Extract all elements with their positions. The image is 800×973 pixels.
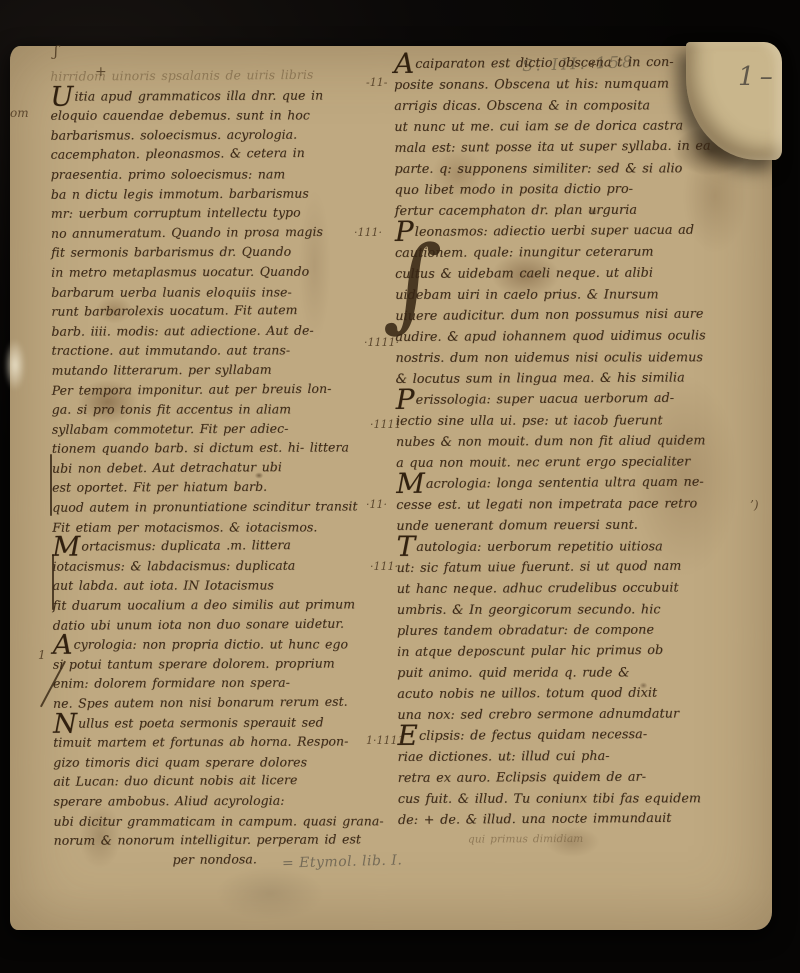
script-line: in metro metaplasmus uocatur. Quando — [51, 261, 373, 282]
drop-cap-initial: A — [394, 60, 414, 68]
script-line: datio ubi unum iota non duo sonare uidet… — [53, 613, 375, 635]
margin-mark: ’) — [750, 498, 759, 512]
script-line: ba n dictu legis immotum. barbarismus — [51, 183, 373, 204]
script-line: est oportet. Fit per hiatum barb. — [52, 477, 374, 498]
script-line: Per tempora imponitur. aut per breuis lo… — [52, 378, 374, 400]
script-line: mr: uerbum corruptum intellectu typo — [51, 202, 373, 223]
script-line: cacemphaton. pleonasmos. & cetera in — [51, 143, 373, 165]
margin-mark: ·1111· — [364, 336, 399, 349]
script-line: Mortacismus: duplicata .m. littera — [52, 535, 374, 557]
script-line: Macrologia: longa sententia ultra quam n… — [396, 470, 748, 494]
script-line: in atque deposcunt pular hic primus ob — [397, 638, 749, 662]
script-line: fit sermonis barbarismus dr. Quando — [51, 242, 373, 263]
script-line: syllabam commotetur. Fit per adiec- — [52, 418, 374, 439]
script-line: cultus & uidebam caeli neque. ut alibi — [395, 261, 747, 284]
script-line: aut labda. aut iota. IN Iotacismus — [53, 576, 375, 596]
script-line: ait Lucan: duo dicunt nobis ait licere — [53, 770, 375, 792]
margin-mark: + — [95, 64, 107, 80]
manuscript-photo: { "photo": { "description": "Photograph … — [0, 0, 800, 973]
script-line: Eclipsis: de fectus quidam necessa- — [397, 722, 749, 746]
drop-cap-initial: M — [52, 544, 80, 552]
script-line: cus fuit. & illud. Tu coniunx tibi fas e… — [398, 787, 750, 809]
script-line: uiuere audicitur. dum non possumus nisi … — [395, 302, 747, 326]
script-line-centered: per nondosa. — [54, 848, 376, 870]
script-line: timuit martem et fortunas ab horna. Resp… — [53, 731, 375, 752]
script-line: parte. q: supponens similiter: sed & si … — [394, 157, 746, 179]
drop-cap-initial: T — [396, 543, 415, 551]
parchment-page: S. III. 158 1 – = Etymol. lib. I. ∫ hirr… — [10, 46, 772, 930]
script-line: acuto nobis ne uillos. totum quod dixit — [397, 681, 749, 704]
script-line: cesse est. ut legati non impetrata pace … — [396, 492, 748, 515]
script-line: nostris. dum non uidemus nisi oculis uid… — [395, 346, 747, 368]
script-line: & locutus sum in lingua mea. & his simil… — [396, 366, 748, 389]
script-line: riae dictiones. ut: illud cui pha- — [398, 744, 750, 767]
left-text-column: hirridom uinoris spsalanis de uiris libr… — [50, 65, 376, 870]
script-line: ut hanc neque. adhuc crudelibus occubuit — [397, 576, 749, 599]
script-line: cautionem. quale: inungitur ceterarum — [395, 240, 747, 263]
script-line: quo libet modo in posita dictio pro- — [395, 177, 747, 200]
script-line: Nullus est poeta sermonis sperauit sed — [53, 712, 375, 733]
script-line: nubes & non mouit. dum non fit aliud qui… — [396, 429, 748, 452]
margin-mark: 1 — [38, 648, 46, 662]
script-line: norum & nonorum intelligitur. perperam i… — [54, 829, 376, 850]
margin-mark: 1·1111 — [366, 734, 405, 747]
script-line: runt barbarolexis uocatum. Fit autem — [51, 300, 373, 322]
script-line: a qua non mouit. nec erunt ergo speciali… — [396, 450, 748, 473]
script-line: barb. iiii. modis: aut adiectione. Aut d… — [51, 320, 373, 341]
edge-fuzz — [0, 328, 30, 402]
script-line: fit duarum uocalium a deo similis aut pr… — [53, 594, 375, 615]
script-line: de: + de. & illud. una nocte immundauit — [398, 806, 750, 830]
script-line: arrigis dicas. Obscena & in composita — [394, 94, 746, 116]
script-line: Tautologia: uerborum repetitio uitiosa — [396, 535, 748, 557]
right-text-column: Acaiparaton est dictio obscena t in con-… — [394, 51, 750, 851]
margin-mark: ·11· — [366, 498, 387, 511]
script-line: ubi non debet. Aut detrachatur ubi — [52, 456, 374, 478]
script-line: retra ex auro. Eclipsis quidem de ar- — [398, 765, 750, 788]
script-line: posite sonans. Obscena ut his: numquam — [394, 72, 746, 95]
script-line: iotacismus: & labdacismus: duplicata — [52, 555, 374, 576]
script-line: umbris. & In georgicorum secundo. hic — [397, 598, 749, 620]
script-line: audire. & apud iohannem quod uidimus ocu… — [395, 324, 747, 347]
script-line: ne. Spes autem non nisi bonarum rerum es… — [53, 691, 375, 713]
drop-cap-initial: N — [53, 720, 77, 728]
script-line: Uitia apud grammaticos illa dnr. que in — [50, 85, 372, 106]
script-line: ga. si pro tonis fit accentus in aliam — [52, 399, 374, 419]
script-line: Pleonasmos: adiectio uerbi super uacua a… — [395, 218, 747, 242]
script-line: enim: dolorem formidare non spera- — [53, 673, 375, 694]
margin-mark: ·111· — [354, 226, 382, 239]
margin-mark: ʃ — [54, 42, 58, 60]
script-line: praesentia. primo soloecismus: nam — [51, 164, 373, 184]
drop-cap-initial: A — [53, 642, 73, 650]
script-line: plures tandem obradatur: de compone — [397, 618, 749, 641]
drop-cap-initial: P — [395, 228, 414, 236]
script-line: sperare ambobus. Aliud acyrologia: — [53, 790, 375, 811]
script-line: no annumeratum. Quando in prosa magis — [51, 221, 373, 243]
script-line: ut: sic fatum uiue fuerunt. si ut quod n… — [397, 554, 749, 578]
script-line: Perissologia: super uacua uerborum ad- — [396, 386, 748, 410]
margin-mark: + — [588, 58, 597, 71]
script-line: uidebam uiri in caelo prius. & Inursum — [395, 283, 747, 305]
script-line: si potui tantum sperare dolorem. propriu… — [53, 653, 375, 674]
script-line: eloquio cauendae debemus. sunt in hoc — [50, 105, 372, 125]
margin-mark: ·1111· — [370, 418, 405, 431]
script-line: Acaiparaton est dictio obscena t in con- — [394, 50, 746, 74]
script-line: quod autem in pronuntiatione scinditur t… — [52, 496, 374, 517]
script-line: fertur cacemphaton dr. plan urguria — [395, 198, 747, 221]
drop-cap-initial: P — [396, 396, 415, 404]
script-line: tionem quando barb. si dictum est. hi- l… — [52, 438, 374, 459]
faded-gloss-line: qui primus dimidiam — [398, 828, 750, 851]
script-line: mala est: sunt posse ita ut super syllab… — [394, 134, 746, 158]
script-line: una nox: sed crebro sermone adnumdatur — [397, 702, 749, 725]
script-line: puit animo. quid merida q. rude & — [397, 661, 749, 683]
script-line: ut nunc ut me. cui iam se de dorica cast… — [394, 114, 746, 137]
margin-mark: om — [10, 106, 29, 120]
script-line: unde uenerant domum reuersi sunt. — [396, 513, 748, 536]
script-line: iectio sine ulla ui. pse: ut iacob fueru… — [396, 409, 748, 431]
script-line: mutando litterarum. per syllabam — [52, 359, 374, 380]
drop-cap-initial: M — [396, 480, 425, 488]
script-line: ubi dicitur grammaticam in campum. quasi… — [54, 811, 376, 831]
margin-mark: ·111· — [370, 560, 398, 573]
script-line: tractione. aut immutando. aut trans- — [51, 341, 373, 361]
script-line: Acyrologia: non propria dictio. ut hunc … — [53, 635, 375, 655]
drop-cap-initial: U — [50, 93, 73, 101]
margin-mark: -11- — [366, 76, 387, 89]
